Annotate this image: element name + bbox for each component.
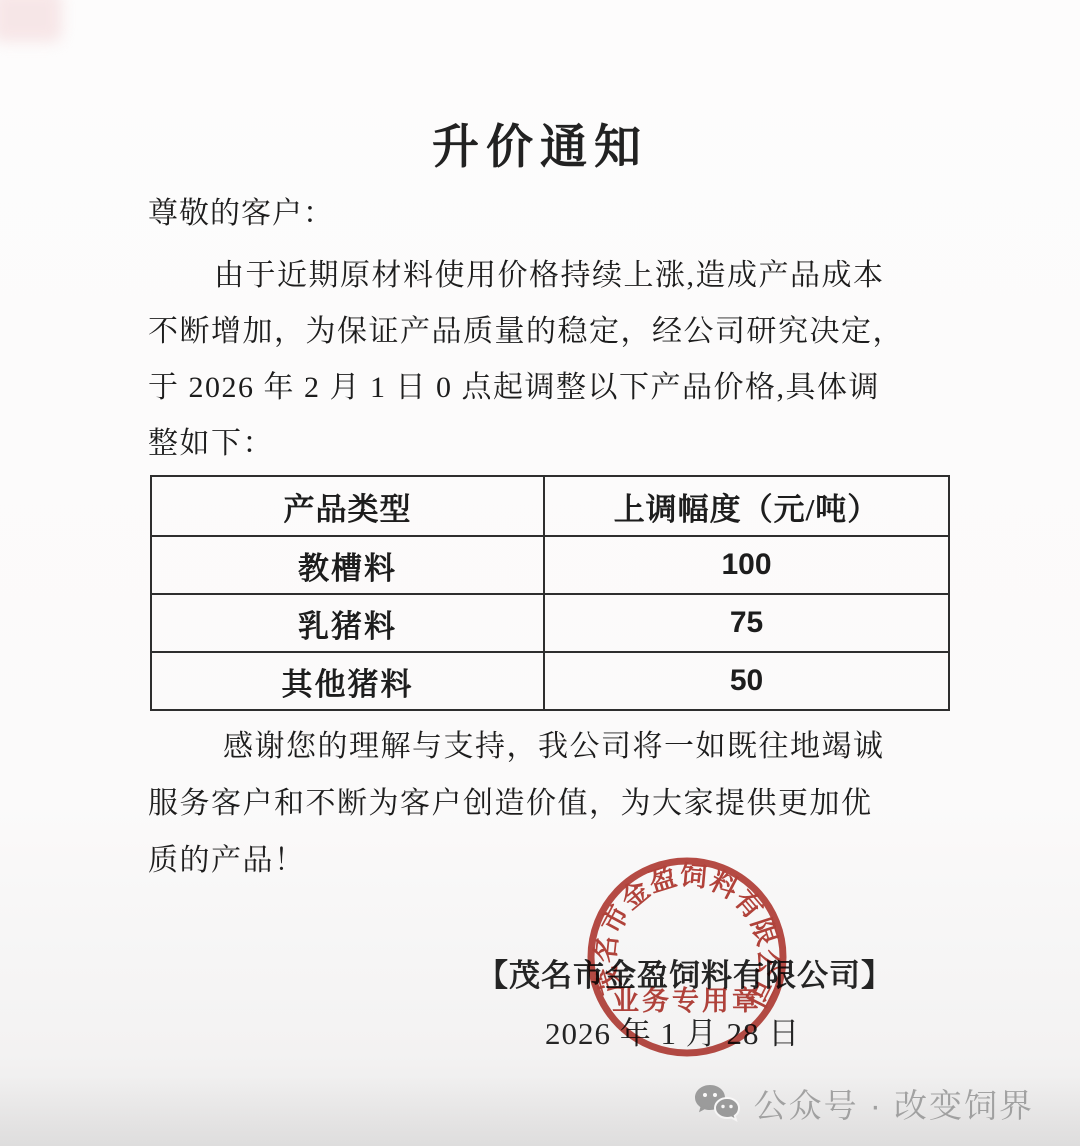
table-row: 教槽料 100 xyxy=(151,536,949,594)
product-cell: 其他猪料 xyxy=(151,652,544,710)
price-table: 产品类型 上调幅度（元/吨） 教槽料 100 乳猪料 75 其他猪料 50 xyxy=(150,475,950,711)
table-header-row: 产品类型 上调幅度（元/吨） xyxy=(151,476,949,536)
closing-paragraph: 感谢您的理解与支持，我公司将一如既往地竭诚 服务客户和不断为客户创造价值，为大家… xyxy=(148,718,948,889)
table-header-increase: 上调幅度（元/吨） xyxy=(544,476,949,536)
body-line: 整如下： xyxy=(148,416,940,472)
wechat-icon xyxy=(694,1084,740,1124)
table-row: 乳猪料 75 xyxy=(151,594,949,652)
table-header-product: 产品类型 xyxy=(151,476,544,536)
stamp-center-text: 业务专用章 xyxy=(612,985,762,1016)
product-cell: 乳猪料 xyxy=(151,594,544,652)
watermark-text: 公众号 · 改变饲界 xyxy=(754,1080,1034,1127)
closing-line: 服务客户和不断为客户创造价值，为大家提供更加优 xyxy=(148,775,948,832)
product-cell: 教槽料 xyxy=(151,536,544,594)
body-line: 由于近期原材料使用价格持续上涨,造成产品成本 xyxy=(148,248,940,304)
closing-line: 感谢您的理解与支持，我公司将一如既往地竭诚 xyxy=(148,718,948,775)
salutation: 尊敬的客户： xyxy=(148,188,334,232)
increase-cell: 50 xyxy=(544,652,949,710)
increase-cell: 100 xyxy=(544,536,949,594)
notice-photo: 升价通知 尊敬的客户： 由于近期原材料使用价格持续上涨,造成产品成本 不断增加，… xyxy=(0,0,1080,1146)
table-row: 其他猪料 50 xyxy=(151,652,949,710)
page-title: 升价通知 xyxy=(0,110,1080,177)
company-seal-stamp: 茂名市金盈饲料有限公司 业务专用章 xyxy=(577,847,797,1067)
wechat-watermark: 公众号 · 改变饲界 xyxy=(694,1080,1034,1127)
body-line: 不断增加，为保证产品质量的稳定，经公司研究决定， xyxy=(148,304,940,360)
body-paragraph: 由于近期原材料使用价格持续上涨,造成产品成本 不断增加，为保证产品质量的稳定，经… xyxy=(148,248,940,472)
corner-smudge xyxy=(0,0,62,42)
body-line: 于 2026 年 2 月 1 日 0 点起调整以下产品价格,具体调 xyxy=(148,360,940,416)
closing-line: 质的产品！ xyxy=(148,832,948,889)
increase-cell: 75 xyxy=(544,594,949,652)
